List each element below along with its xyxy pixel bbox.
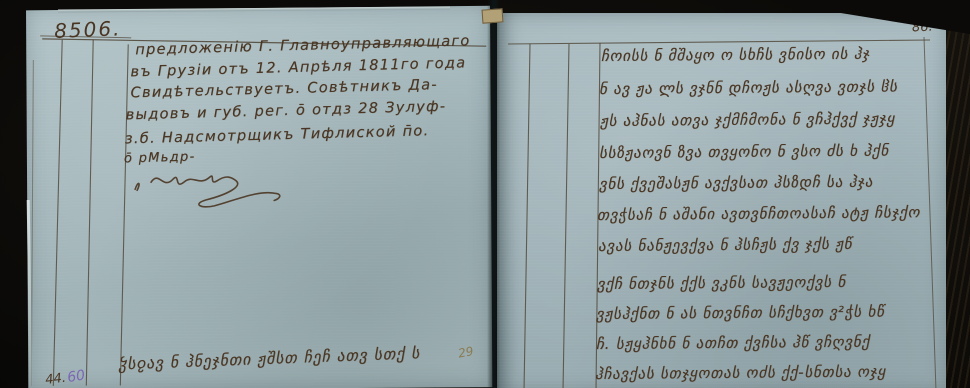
handwritten-line: ჩ. სჟყჰნხნ ნ ათჩთ ქვჩსა ჰწ ვჩღვნქ [596,333,870,353]
manuscript-scan: 8506. предложенію Г. Главноуправляющаго … [0,0,970,388]
folio-mark: 29 [457,344,475,361]
signature-flourish [127,166,307,221]
left-page: 8506. предложенію Г. Главноуправляющаго … [26,3,492,388]
handwritten-line: ჟს აჰნას ათვა ჯქმჩმონა ნ ვჩჰქვქ ჯჟჯყ [600,109,895,130]
handwritten-line: о̄ рМьдр- [124,149,196,166]
handwritten-line: თვჭსაჩ ნ აშანი ავთვნჩთოასაჩ ატჟ ჩსჯქო [597,203,920,224]
binding-tab [482,8,504,23]
handwritten-line: ნ ავ ჟა ლს ვჯნნ დჩოჟს ასღვა ვთჯს ჱს [599,77,898,98]
handwritten-line: ვჟსჰქნთ ნ ას ნთვნჩთ სჩქხვთ ვ²ჭს ხწ [596,302,885,323]
handwritten-line: ვქჩ ნთჯნს ქქს ვკნს სავჟეოქვს ნ [597,273,846,293]
handwritten-line: ჩოისს ნ მშაყო ო სხჩს ვნისო ის ჰჯ [601,45,870,65]
right-page: 86. ჩოისს ნ მშაყო ო სხჩს ვნისო ის ჰჯ ნ ა… [497,13,946,388]
margin-number-dark: 44. [45,371,67,388]
handwritten-line: ჰჩავქას სთჯყოთას ოძს ქქ-სნთსა ოჯყ [595,362,886,383]
handwritten-line: ავას ნანჟევქვა ნ ჰსჩჟს ქვ ჯქს ჟწ [598,235,852,255]
handwritten-line: სსზჟაოვნ ზვა თვყონო ნ ვსო ძს ხ ჰქნ [599,141,889,162]
doc-number: 8506. [54,16,122,43]
ruled-lines-right [497,13,946,388]
handwritten-line: ვნს ქვეშასჟნ ავქვსათ ჰსზდჩ სა ჰჯა [599,173,873,193]
margin-number-violet: 60 [66,367,86,385]
